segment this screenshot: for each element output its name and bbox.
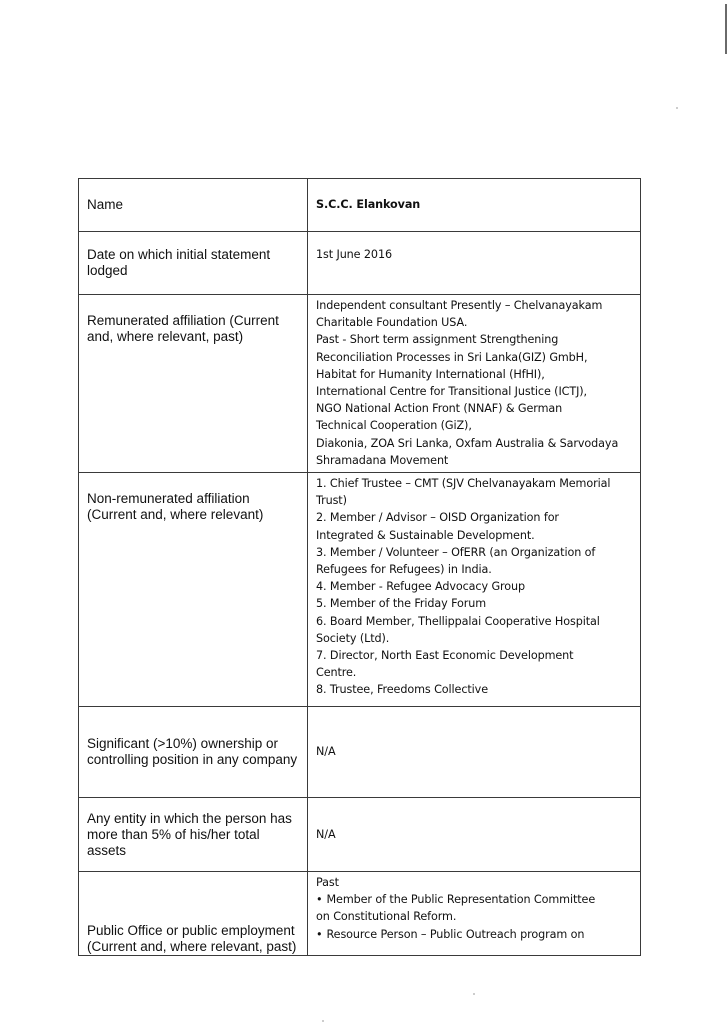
table-row-public-office: Public Office or public employment (Curr… <box>79 872 641 956</box>
row-label: Name <box>79 179 308 232</box>
row-label: Remunerated affiliation (Current and, wh… <box>79 295 308 473</box>
value-line: Refugees for Refugees) in India. <box>316 561 632 578</box>
value-line: Diakonia, ZOA Sri Lanka, Oxfam Australia… <box>316 435 632 452</box>
row-value-name: S.C.C. Elankovan <box>308 179 641 232</box>
row-value-public-office: Past Member of the Public Representation… <box>308 872 641 956</box>
value-line: Habitat for Humanity International (HfHI… <box>316 366 632 383</box>
scan-page-edge <box>725 4 727 54</box>
bullet-item: Resource Person – Public Outreach progra… <box>316 926 632 943</box>
row-value-remunerated: Independent consultant Presently – Chelv… <box>308 295 641 473</box>
value-line: Centre. <box>316 664 632 681</box>
value-line: 3. Member / Volunteer – OfERR (an Organi… <box>316 544 632 561</box>
scan-speck <box>473 993 475 995</box>
value-line: Technical Cooperation (GiZ), <box>316 417 632 434</box>
value-line: Trust) <box>316 492 632 509</box>
value-line: Shramadana Movement <box>316 452 632 469</box>
value-line: Integrated & Sustainable Development. <box>316 527 632 544</box>
value-line: Society (Ltd). <box>316 630 632 647</box>
value-line: Charitable Foundation USA. <box>316 314 632 331</box>
value-line: 4. Member - Refugee Advocacy Group <box>316 578 632 595</box>
table-row-remunerated-affiliation: Remunerated affiliation (Current and, wh… <box>79 295 641 473</box>
row-label: Date on which initial statement lodged <box>79 232 308 295</box>
value-line: Reconciliation Processes in Sri Lanka(GI… <box>316 349 632 366</box>
value-line: on Constitutional Reform. <box>316 908 632 925</box>
scan-speck <box>322 1020 324 1022</box>
value-line: 7. Director, North East Economic Develop… <box>316 647 632 664</box>
value-line: 8. Trustee, Freedoms Collective <box>316 681 632 698</box>
table-row-entity-assets: Any entity in which the person has more … <box>79 798 641 872</box>
bullet-item: Member of the Public Representation Comm… <box>316 891 632 908</box>
value-line: Independent consultant Presently – Chelv… <box>316 297 632 314</box>
table-row-non-remunerated-affiliation: Non-remunerated affiliation (Current and… <box>79 473 641 707</box>
row-label: Non-remunerated affiliation (Current and… <box>79 473 308 707</box>
value-line: 2. Member / Advisor – OISD Organization … <box>316 509 632 526</box>
table-row-significant-ownership: Significant (>10%) ownership or controll… <box>79 707 641 798</box>
row-value-ownership: N/A <box>308 707 641 798</box>
row-value-date: 1st June 2016 <box>308 232 641 295</box>
value-line: 6. Board Member, Thellippalai Cooperativ… <box>316 613 632 630</box>
row-label: Significant (>10%) ownership or controll… <box>79 707 308 798</box>
row-label: Any entity in which the person has more … <box>79 798 308 872</box>
date-text: 1st June 2016 <box>316 248 392 261</box>
value-line: NGO National Action Front (NNAF) & Germa… <box>316 400 632 417</box>
value-line: 1. Chief Trustee – CMT (SJV Chelvanayaka… <box>316 475 632 492</box>
row-value-non-remunerated: 1. Chief Trustee – CMT (SJV Chelvanayaka… <box>308 473 641 707</box>
declaration-table: Name S.C.C. Elankovan Date on which init… <box>78 178 641 956</box>
row-label: Public Office or public employment (Curr… <box>79 872 308 956</box>
table-row-name: Name S.C.C. Elankovan <box>79 179 641 232</box>
table-row-date-lodged: Date on which initial statement lodged 1… <box>79 232 641 295</box>
value-line: Past - Short term assignment Strengtheni… <box>316 331 632 348</box>
scan-speck <box>676 107 678 109</box>
value-line: 5. Member of the Friday Forum <box>316 595 632 612</box>
value-line: International Centre for Transitional Ju… <box>316 383 632 400</box>
row-value-entity: N/A <box>308 798 641 872</box>
value-heading: Past <box>316 874 632 891</box>
